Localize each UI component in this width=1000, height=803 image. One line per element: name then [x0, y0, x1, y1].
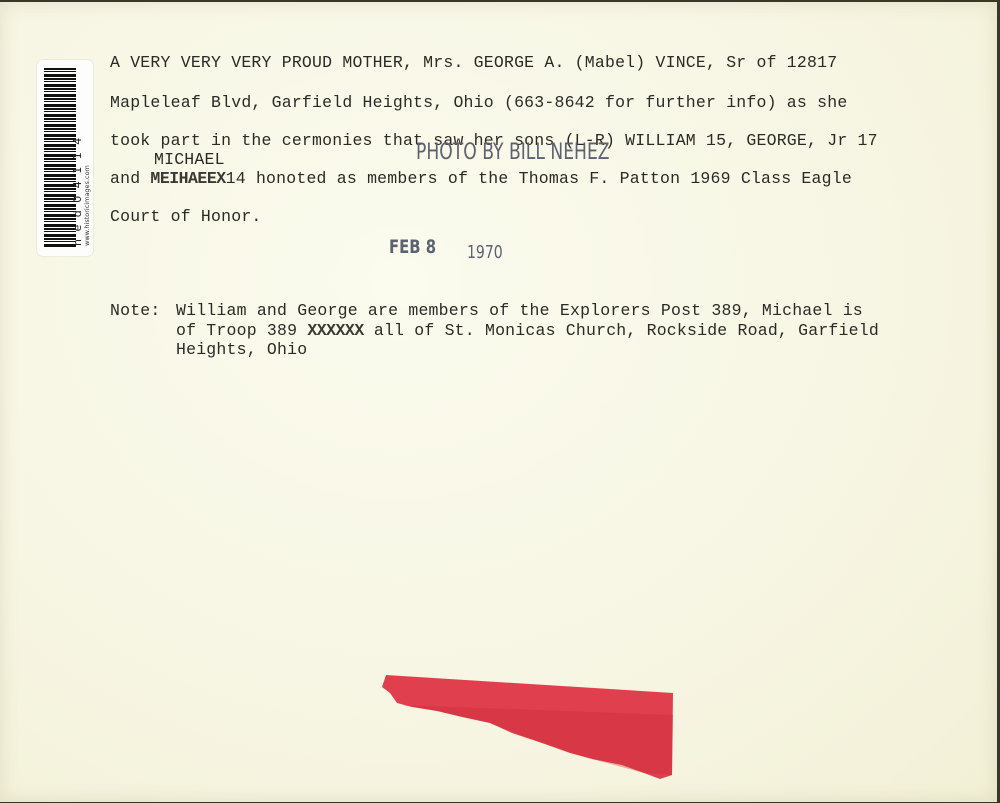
struck-out-text: MEIHAEEX	[150, 169, 225, 188]
caption-insert-michael: MICHAEL	[154, 150, 225, 169]
note-line-1: William and George are members of the Ex…	[176, 301, 863, 320]
photo-back-paper: ned04114 www.historicimages.com A VERY V…	[0, 0, 1000, 803]
caption-line-5-rest: 14 honoted as members of the Thomas F. P…	[226, 169, 852, 188]
caption-line-6: Court of Honor.	[110, 207, 262, 226]
red-torn-tab	[382, 675, 673, 779]
caption-line-5-prefix: and	[110, 169, 150, 188]
date-stamp-year: 1970	[467, 242, 503, 263]
barcode-label: ned04114 www.historicimages.com	[37, 60, 93, 256]
note-line-3: Heights, Ohio	[176, 340, 307, 359]
photo-credit-stamp: PHOTO BY BILL NEHEZ	[416, 140, 610, 165]
struck-out-text: XXXXXX	[307, 321, 363, 340]
caption-line-2: Mapleleaf Blvd, Garfield Heights, Ohio (…	[110, 93, 847, 112]
caption-line-5: and MEIHAEEX14 honoted as members of the…	[110, 169, 852, 188]
note-line-2-prefix: of Troop 389	[176, 321, 307, 340]
date-stamp-month-day: FEB 8	[389, 236, 436, 258]
note-line-2-rest: all of St. Monicas Church, Rockside Road…	[364, 321, 879, 340]
caption-line-1: A VERY VERY VERY PROUD MOTHER, Mrs. GEOR…	[110, 53, 837, 72]
note-label: Note:	[110, 301, 161, 320]
note-line-2: of Troop 389 XXXXXX all of St. Monicas C…	[176, 321, 879, 340]
barcode-website: www.historicimages.com	[83, 165, 91, 246]
